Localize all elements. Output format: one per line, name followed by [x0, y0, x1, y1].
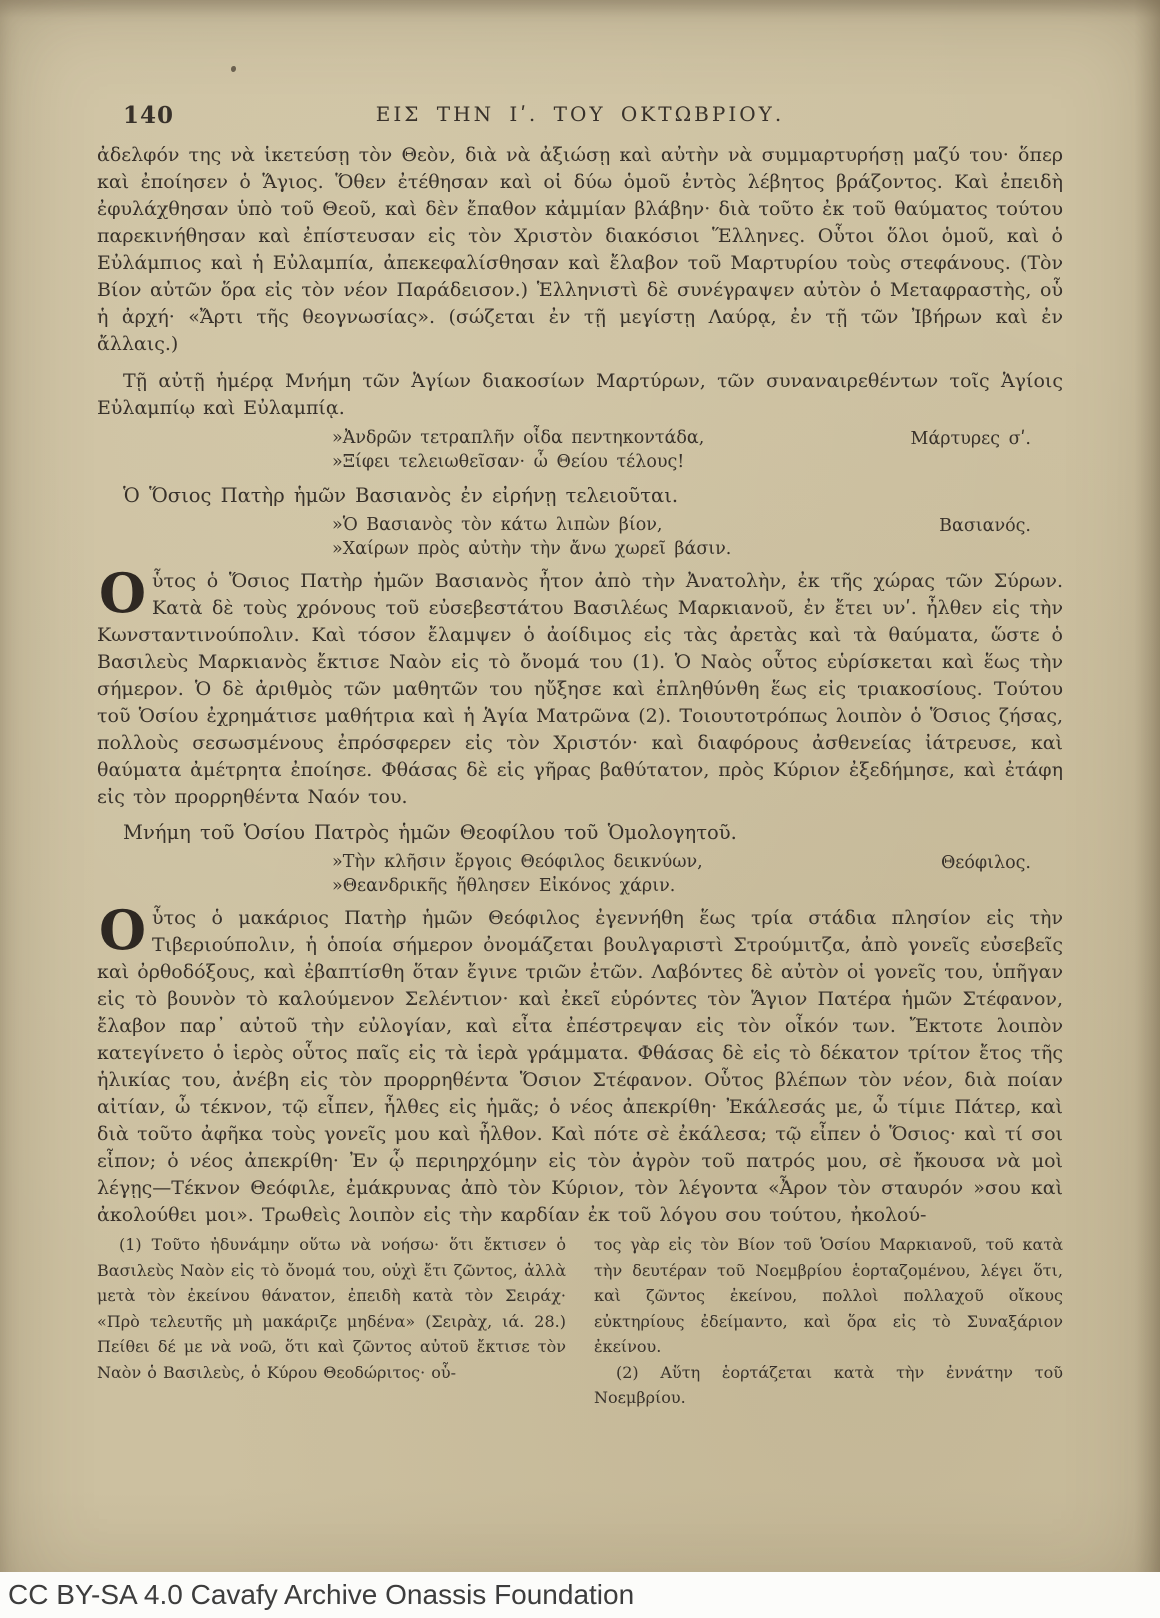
paragraph-text: ὗτος ὁ Ὅσιος Πατὴρ ἡμῶν Βασιανὸς ἦτον ἀπ… [97, 570, 1063, 808]
verse-margin-note: Βασιανός. [939, 514, 1031, 538]
paragraph-vassianos-life: Οὗτος ὁ Ὅσιος Πατὴρ ἡμῶν Βασιανὸς ἦτον ἀ… [97, 568, 1063, 811]
license-caption-text: CC BY-SA 4.0 Cavafy Archive Onassis Foun… [0, 1579, 634, 1611]
page-number: 140 [123, 102, 174, 129]
paragraph-memory-martyrs: Τῇ αὐτῇ ἡμέρᾳ Μνήμη τῶν Ἁγίων διακοσίων … [97, 368, 1063, 422]
heading-theophilos: Μνήμη τοῦ Ὁσίου Πατρὸς ἡμῶν Θεοφίλου τοῦ… [97, 819, 1063, 846]
verse-martyrs: »Ἀνδρῶν τετραπλῆν οἶδα πεντηκοντάδα, »Ξί… [97, 426, 1063, 474]
verse-margin-note: Θεόφιλος. [941, 851, 1031, 875]
verse-line: »Θεανδρικῆς ἤθλησεν Εἰκόνος χάριν. [332, 874, 1063, 898]
verse-line: »Ξίφει τελειωθεῖσαν· ὦ Θείου τέλους! [332, 450, 1063, 474]
footnote-2: (2) Αὕτη ἑορτάζεται κατὰ τὴν ἐννάτην τοῦ… [594, 1360, 1063, 1411]
scanned-book-page: 140 ΕΙΣ ΤΗΝ Ιʹ. ΤΟΥ ΟΚΤΩΒΡΙΟΥ. ἀδελφόν τ… [0, 0, 1160, 1618]
dropcap-letter: Ο [97, 905, 152, 952]
footnote-column-right: τος γὰρ εἰς τὸν Βίον τοῦ Ὁσίου Μαρκιανοῦ… [594, 1232, 1063, 1411]
running-title: ΕΙΣ ΤΗΝ Ιʹ. ΤΟΥ ΟΚΤΩΒΡΙΟΥ. [97, 102, 1063, 126]
verse-theophilos: »Τὴν κλῆσιν ἔργοις Θεόφιλος δεικνύων, »Θ… [97, 850, 1063, 898]
footnote-1: (1) Τοῦτο ἠδυνάμην οὕτω νὰ νοήσω· ὅτι ἔκ… [97, 1232, 566, 1385]
verse-vassianos: »Ὁ Βασιανὸς τὸν κάτω λιπὼν βίον, »Χαίρων… [97, 513, 1063, 561]
footnote-column-left: (1) Τοῦτο ἠδυνάμην οὕτω νὰ νοήσω· ὅτι ἔκ… [97, 1232, 566, 1411]
dropcap-letter: Ο [97, 568, 152, 615]
license-caption-bar: CC BY-SA 4.0 Cavafy Archive Onassis Foun… [0, 1572, 1160, 1618]
heading-vassianos: Ὁ Ὅσιος Πατὴρ ἡμῶν Βασιανὸς ἐν εἰρήνῃ τε… [97, 482, 1063, 509]
page-header: 140 ΕΙΣ ΤΗΝ Ιʹ. ΤΟΥ ΟΚΤΩΒΡΙΟΥ. [97, 102, 1063, 130]
paragraph-theophilos-life: Οὗτος ὁ μακάριος Πατὴρ ἡμῶν Θεόφιλος ἐγε… [97, 905, 1063, 1229]
footnote-1-continuation: τος γὰρ εἰς τὸν Βίον τοῦ Ὁσίου Μαρκιανοῦ… [594, 1232, 1063, 1360]
page-content: 140 ΕΙΣ ΤΗΝ Ιʹ. ΤΟΥ ΟΚΤΩΒΡΙΟΥ. ἀδελφόν τ… [0, 0, 1160, 1229]
paragraph-eulampios-continuation: ἀδελφόν της νὰ ἱκετεύσῃ τὸν Θεὸν, διὰ νὰ… [97, 142, 1063, 358]
verse-margin-note: Μάρτυρες σʹ. [911, 427, 1031, 451]
paragraph-text: ὗτος ὁ μακάριος Πατὴρ ἡμῶν Θεόφιλος ἐγεν… [97, 907, 1063, 1226]
verse-line: »Χαίρων πρὸς αὐτὴν τὴν ἄνω χωρεῖ βάσιν. [332, 537, 1063, 561]
footnotes-section: (1) Τοῦτο ἠδυνάμην οὕτω νὰ νοήσω· ὅτι ἔκ… [97, 1232, 1063, 1411]
